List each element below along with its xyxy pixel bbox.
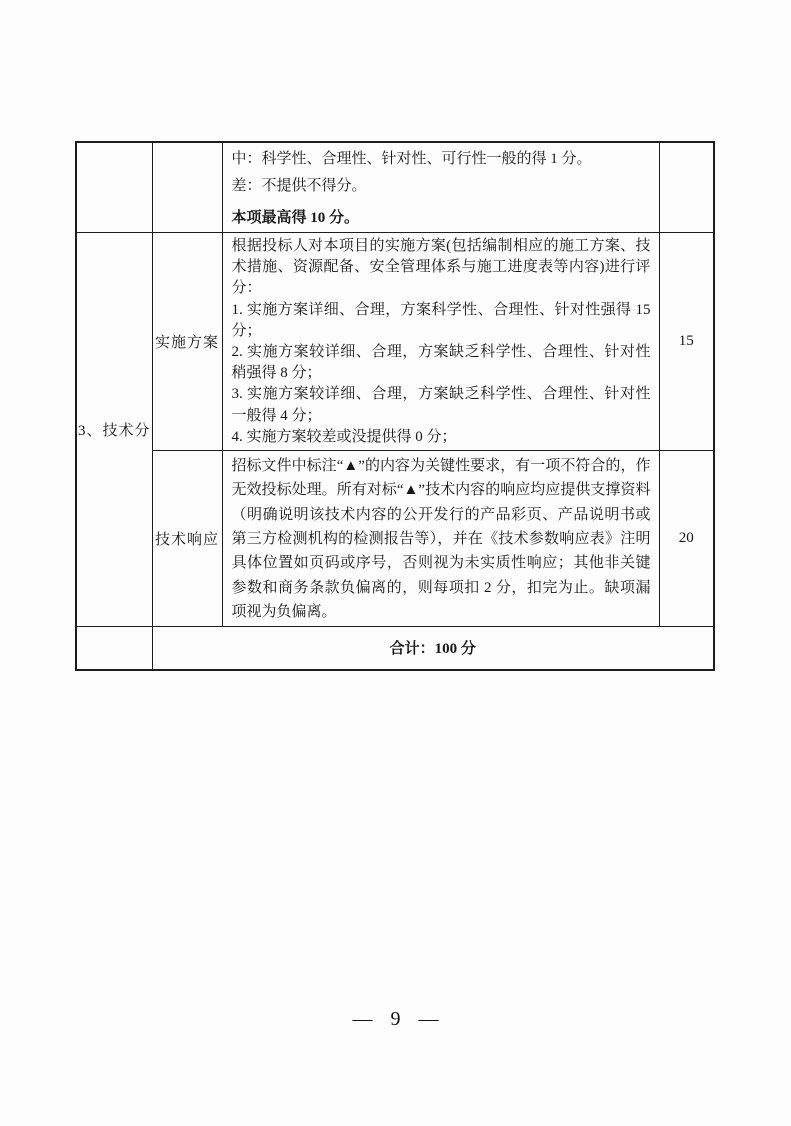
criteria-line: 差：不提供不得分。	[232, 173, 651, 200]
category-cell-technical-score: 3、技术分	[76, 233, 152, 627]
table-row-technical-response: 技术响应 招标文件中标注“▲”的内容为关键性要求，有一项不符合的，作无效投标处理…	[76, 451, 714, 627]
empty-total-left-cell	[76, 627, 152, 670]
item-cell-technical-response: 技术响应	[152, 451, 222, 627]
criteria-cell-continuation: 中：科学性、合理性、针对性、可行性一般的得 1 分。 差：不提供不得分。 本项最…	[222, 142, 659, 233]
table-row-implementation-plan: 3、技术分 实施方案 根据投标人对本项目的实施方案(包括编制相应的施工方案、技术…	[76, 233, 714, 451]
criteria-line: 中：科学性、合理性、针对性、可行性一般的得 1 分。	[232, 146, 651, 173]
table-row-total: 合计：100 分	[76, 627, 714, 670]
empty-score-cell	[659, 142, 714, 233]
page-number: — 9 —	[0, 1008, 791, 1031]
criteria-cell-implementation-plan: 根据投标人对本项目的实施方案(包括编制相应的施工方案、技术措施、资源配备、安全管…	[222, 233, 659, 451]
total-score-cell: 合计：100 分	[152, 627, 714, 670]
score-cell-implementation-plan: 15	[659, 233, 714, 451]
item-cell-implementation-plan: 实施方案	[152, 233, 222, 451]
empty-category-cell	[76, 142, 152, 233]
score-cell-technical-response: 20	[659, 451, 714, 627]
evaluation-score-table: 中：科学性、合理性、针对性、可行性一般的得 1 分。 差：不提供不得分。 本项最…	[75, 141, 715, 671]
table-row-continuation: 中：科学性、合理性、针对性、可行性一般的得 1 分。 差：不提供不得分。 本项最…	[76, 142, 714, 233]
max-score-note: 本项最高得 10 分。	[232, 207, 651, 230]
spacer	[232, 200, 651, 207]
criteria-cell-technical-response: 招标文件中标注“▲”的内容为关键性要求，有一项不符合的，作无效投标处理。所有对标…	[222, 451, 659, 627]
empty-item-cell	[152, 142, 222, 233]
